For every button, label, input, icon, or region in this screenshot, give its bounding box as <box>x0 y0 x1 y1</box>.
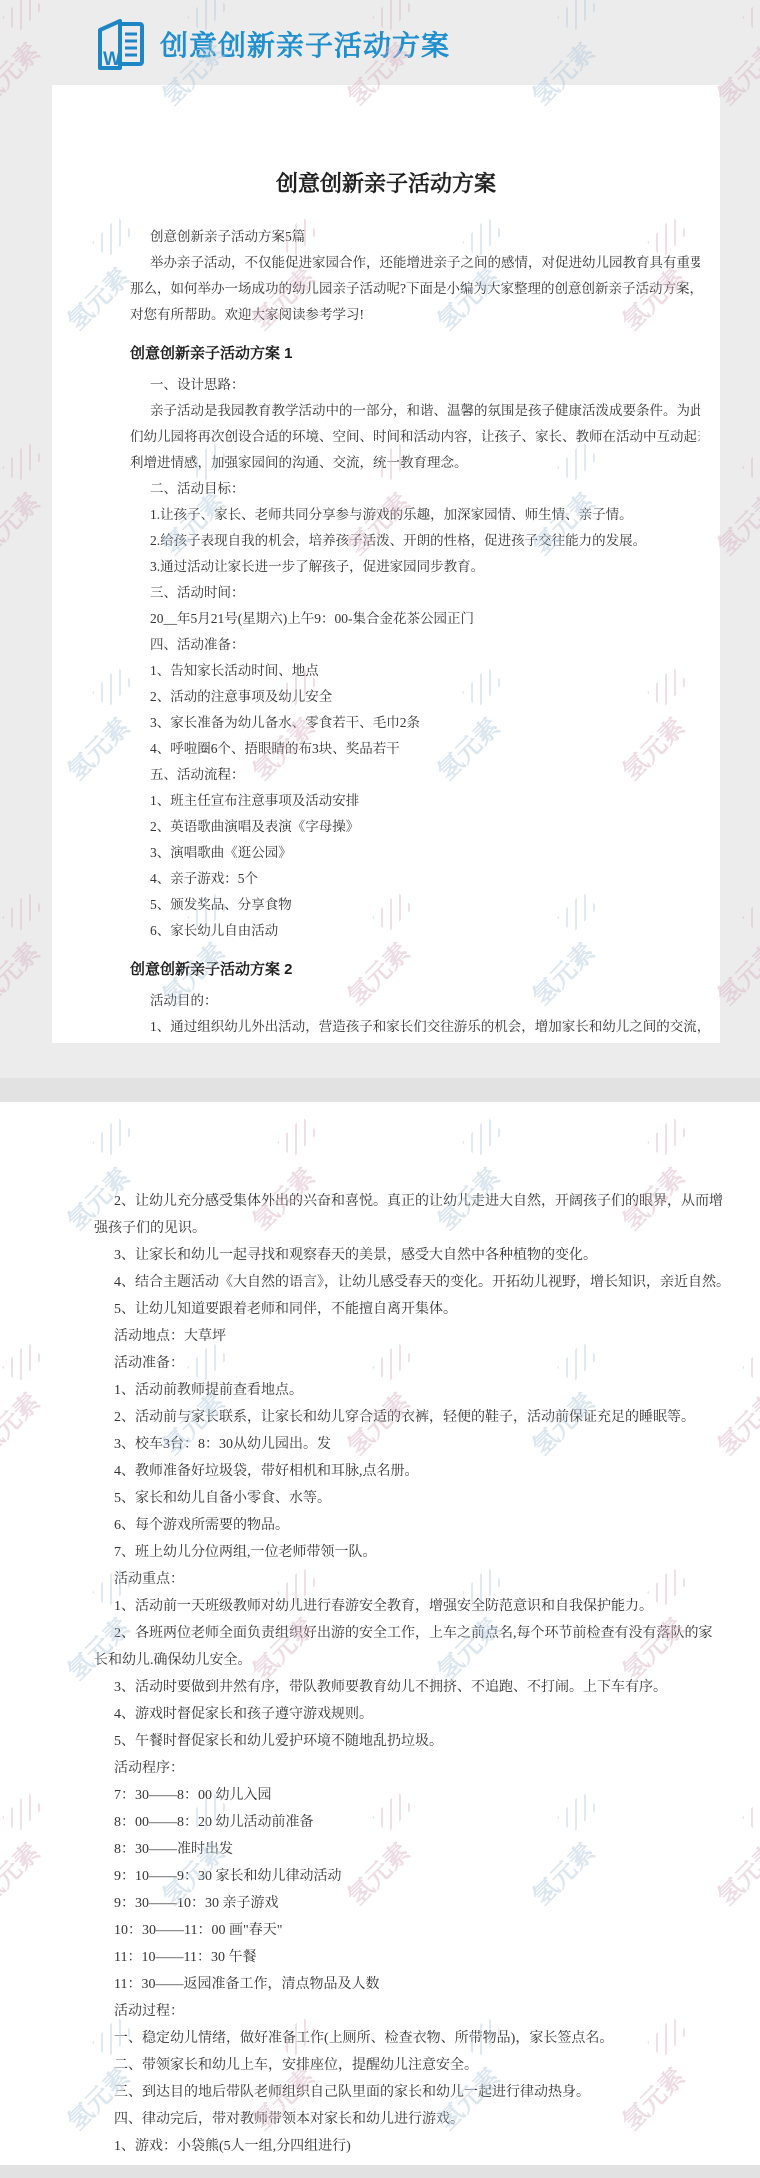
text-line: 那么，如何举办一场成功的幼儿园亲子活动呢?下面是小编为大家整理的创意创新亲子活动… <box>130 276 700 302</box>
text-line: 1、活动前一天班级教师对幼儿进行春游安全教育，增强安全防范意识和自我保护能力。 <box>94 1593 722 1620</box>
text-line: 强孩子们的见识。 <box>94 1215 722 1242</box>
text-line: 3、让家长和幼儿一起寻找和观察春天的美景，感受大自然中各种植物的变化。 <box>94 1242 722 1269</box>
text-line: 三、活动时间： <box>130 580 700 606</box>
text-line: 活动过程： <box>94 1998 722 2025</box>
text-line: 3、演唱歌曲《逛公园》 <box>130 840 700 866</box>
text-line: 活动重点： <box>94 1566 722 1593</box>
word-document-icon: W <box>94 16 150 72</box>
document-preview-page: W 创意创新亲子活动方案 创意创新亲子活动方案 创意创新亲子活动方案5篇举办亲子… <box>0 0 760 2178</box>
site-header: W 创意创新亲子活动方案 <box>0 0 760 90</box>
text-line: 9：10——9：30 家长和幼儿律动活动 <box>94 1863 722 1890</box>
watermark-text: 氢元素 <box>0 934 47 1012</box>
section-separator <box>0 1078 760 1102</box>
text-line: 4、游戏时督促家长和孩子遵守游戏规则。 <box>94 1701 722 1728</box>
document-page-2-body: 2、让幼儿充分感受集体外出的兴奋和喜悦。真正的让幼儿走进大自然，开阔孩子们的眼界… <box>94 1188 722 2160</box>
text-line: 6、家长幼儿自由活动 <box>130 918 700 944</box>
text-line: 5、颁发奖品、分享食物 <box>130 892 700 918</box>
text-line: 活动程序： <box>94 1755 722 1782</box>
text-line: 二、活动目标： <box>130 476 700 502</box>
text-line: 8：00——8：20 幼儿活动前准备 <box>94 1809 722 1836</box>
site-logo[interactable]: W 创意创新亲子活动方案 <box>94 16 450 72</box>
text-line: 8：30——准时出发 <box>94 1836 722 1863</box>
text-line: 11：10——11：30 午餐 <box>94 1944 722 1971</box>
text-line: 2、让幼儿充分感受集体外出的兴奋和喜悦。真正的让幼儿走进大自然，开阔孩子们的眼界… <box>94 1188 722 1215</box>
text-line: 1、活动前教师提前查看地点。 <box>94 1377 722 1404</box>
text-line: 2、各班两位老师全面负责组织好出游的安全工作，上车之前点名,每个环节前检查有没有… <box>94 1620 722 1647</box>
text-line: 5、家长和幼儿自备小零食、水等。 <box>94 1485 722 1512</box>
text-line: 3、校车3台：8：30从幼儿园出。发 <box>94 1431 722 1458</box>
text-line: 2、活动前与家长联系，让家长和幼儿穿合适的衣裤，轻便的鞋子，活动前保证充足的睡眠… <box>94 1404 722 1431</box>
text-line: 1、游戏：小袋熊(5人一组,分四组进行) <box>94 2133 722 2160</box>
text-line: 5、让幼儿知道要跟着老师和同伴，不能擅自离开集体。 <box>94 1296 722 1323</box>
watermark-text: 氢元素 <box>0 484 47 562</box>
text-line: 1、通过组织幼儿外出活动，营造孩子和家长们交往游乐的机会，增加家长和幼儿之间的交… <box>130 1014 700 1040</box>
text-line: 五、活动流程： <box>130 762 700 788</box>
text-line: 3、家长准备为幼儿备水、零食若干、毛巾2条 <box>130 710 700 736</box>
section-heading: 创意创新亲子活动方案 2 <box>130 958 700 982</box>
text-line: 1、告知家长活动时间、地点 <box>130 658 700 684</box>
text-line: 四、活动准备： <box>130 632 700 658</box>
text-line: 4、教师准备好垃圾袋，带好相机和耳脉,点名册。 <box>94 1458 722 1485</box>
text-line: 二、带领家长和幼儿上车，安排座位，提醒幼儿注意安全。 <box>94 2052 722 2079</box>
text-line: 6、每个游戏所需要的物品。 <box>94 1512 722 1539</box>
text-line: 创意创新亲子活动方案5篇 <box>130 224 700 250</box>
text-line: 利增进情感，加强家园间的沟通、交流，统一教育理念。 <box>130 450 700 476</box>
text-line: 举办亲子活动，不仅能促进家园合作，还能增进亲子之间的感情，对促进幼儿园教育具有重… <box>130 250 700 276</box>
icon-letter-w: W <box>103 49 121 70</box>
text-line: 活动目的： <box>130 988 700 1014</box>
text-line: 活动地点：大草坪 <box>94 1323 722 1350</box>
text-line: 4、呼啦圈6个、捂眼睛的布3块、奖品若干 <box>130 736 700 762</box>
text-line: 四、律动完后，带对教师带领本对家长和幼儿进行游戏。 <box>94 2106 722 2133</box>
text-line: 对您有所帮助。欢迎大家阅读参考学习! <box>130 302 700 328</box>
section-heading: 创意创新亲子活动方案 1 <box>130 342 700 366</box>
text-line: 3.通过活动让家长进一步了解孩子，促进家园同步教育。 <box>130 554 700 580</box>
text-line: 亲子活动是我园教育教学活动中的一部分，和谐、温馨的氛围是孩子健康活泼成要条件。为… <box>130 398 700 424</box>
document-page-1-body: 创意创新亲子活动方案5篇举办亲子活动，不仅能促进家园合作，还能增进亲子之间的感情… <box>130 224 700 1043</box>
text-line: 4、亲子游戏：5个 <box>130 866 700 892</box>
text-line: 20__年5月21号(星期六)上午9：00-集合金花茶公园正门 <box>130 606 700 632</box>
text-line: 9：30——10：30 亲子游戏 <box>94 1890 722 1917</box>
text-line: 3、活动时要做到井然有序，带队教师要教育幼儿不拥挤、不追跑、不打闹。上下车有序。 <box>94 1674 722 1701</box>
text-line: 1.让孩子、家长、老师共同分享参与游戏的乐趣，加深家园情、师生情、亲子情。 <box>130 502 700 528</box>
site-title: 创意创新亲子活动方案 <box>160 24 450 64</box>
bottom-strip <box>0 2165 760 2178</box>
text-line: 11：30——返园准备工作，清点物品及人数 <box>94 1971 722 1998</box>
text-line: 三、到达目的地后带队老师组织自己队里面的家长和幼儿一起进行律动热身。 <box>94 2079 722 2106</box>
document-title: 创意创新亲子活动方案 <box>52 167 720 198</box>
text-line: 5、午餐时督促家长和幼儿爱护环境不随地乱扔垃圾。 <box>94 1728 722 1755</box>
text-line: 们幼儿园将再次创设合适的环境、空间、时间和活动内容，让孩子、家长、教师在活动中互… <box>130 424 700 450</box>
text-line: 2.给孩子表现自我的机会，培养孩子活泼、开朗的性格，促进孩子交往能力的发展。 <box>130 528 700 554</box>
text-line: 拉近孩子、家长、教师的心。 <box>130 1040 700 1043</box>
text-line: 2、英语歌曲演唱及表演《字母操》 <box>130 814 700 840</box>
text-line: 1、班主任宣布注意事项及活动安排 <box>130 788 700 814</box>
text-line: 10：30——11：00 画"春天" <box>94 1917 722 1944</box>
text-line: 7、班上幼儿分位两组,一位老师带领一队。 <box>94 1539 722 1566</box>
text-line: 一、稳定幼儿情绪，做好准备工作(上厕所、检查衣物、所带物品)，家长签点名。 <box>94 2025 722 2052</box>
text-line: 4、结合主题活动《大自然的语言》，让幼儿感受春天的变化。开拓幼儿视野，增长知识，… <box>94 1269 722 1296</box>
document-page-2: 2、让幼儿充分感受集体外出的兴奋和喜悦。真正的让幼儿走进大自然，开阔孩子们的眼界… <box>0 1102 760 2165</box>
text-line: 7：30——8：00 幼儿入园 <box>94 1782 722 1809</box>
text-line: 活动准备： <box>94 1350 722 1377</box>
text-line: 2、活动的注意事项及幼儿安全 <box>130 684 700 710</box>
text-line: 长和幼儿.确保幼儿安全。 <box>94 1647 722 1674</box>
document-page-1: 创意创新亲子活动方案 创意创新亲子活动方案5篇举办亲子活动，不仅能促进家园合作，… <box>52 85 720 1043</box>
text-line: 一、设计思路： <box>130 372 700 398</box>
